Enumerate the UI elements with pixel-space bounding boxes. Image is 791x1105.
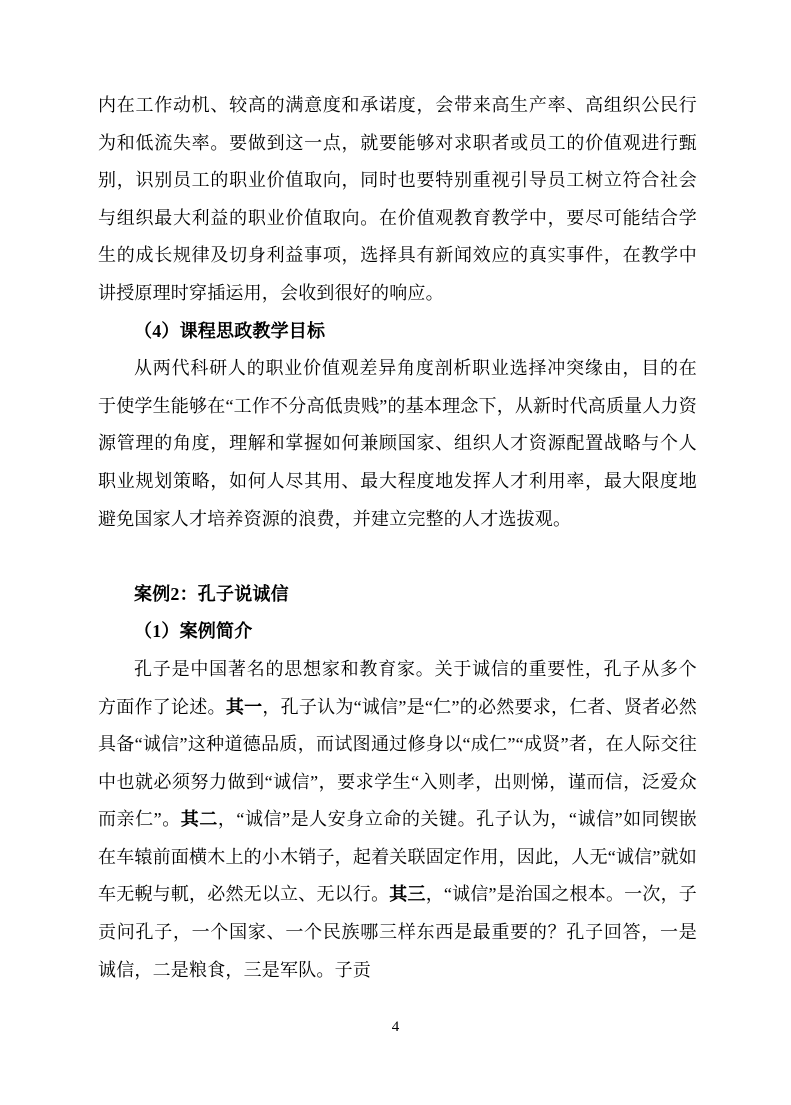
section-heading: （4）课程思政教学目标 — [98, 313, 697, 351]
section-heading: 案例2：孔子说诚信 — [98, 576, 697, 614]
page-number: 4 — [0, 1017, 791, 1037]
section-heading: （1）案例简介 — [98, 613, 697, 651]
bold-text-run: 其三 — [389, 884, 425, 904]
page-content: 内在工作动机、较高的满意度和承诺度，会带来高生产率、高组织公民行为和低流失率。要… — [98, 87, 697, 989]
paragraph: 内在工作动机、较高的满意度和承诺度，会带来高生产率、高组织公民行为和低流失率。要… — [98, 87, 697, 313]
bold-text-run: 其二 — [181, 809, 218, 829]
bold-text-run: （1）案例简介 — [134, 621, 252, 641]
document-page: 内在工作动机、较高的满意度和承诺度，会带来高生产率、高组织公民行为和低流失率。要… — [0, 0, 791, 1105]
paragraph: 孔子是中国著名的思想家和教育家。关于诚信的重要性，孔子从多个方面作了论述。其一，… — [98, 651, 697, 989]
text-run: 从两代科研人的职业价值观差异角度剖析职业选择冲突缘由，目的在于使学生能够在“工作… — [98, 358, 697, 528]
bold-text-run: 案例2：孔子说诚信 — [134, 584, 289, 604]
text-run: 内在工作动机、较高的满意度和承诺度，会带来高生产率、高组织公民行为和低流失率。要… — [98, 95, 697, 303]
blank-line — [98, 538, 697, 576]
bold-text-run: （4）课程思政教学目标 — [134, 321, 325, 341]
paragraph: 从两代科研人的职业价值观差异角度剖析职业选择冲突缘由，目的在于使学生能够在“工作… — [98, 350, 697, 538]
bold-text-run: 其一 — [226, 697, 263, 717]
